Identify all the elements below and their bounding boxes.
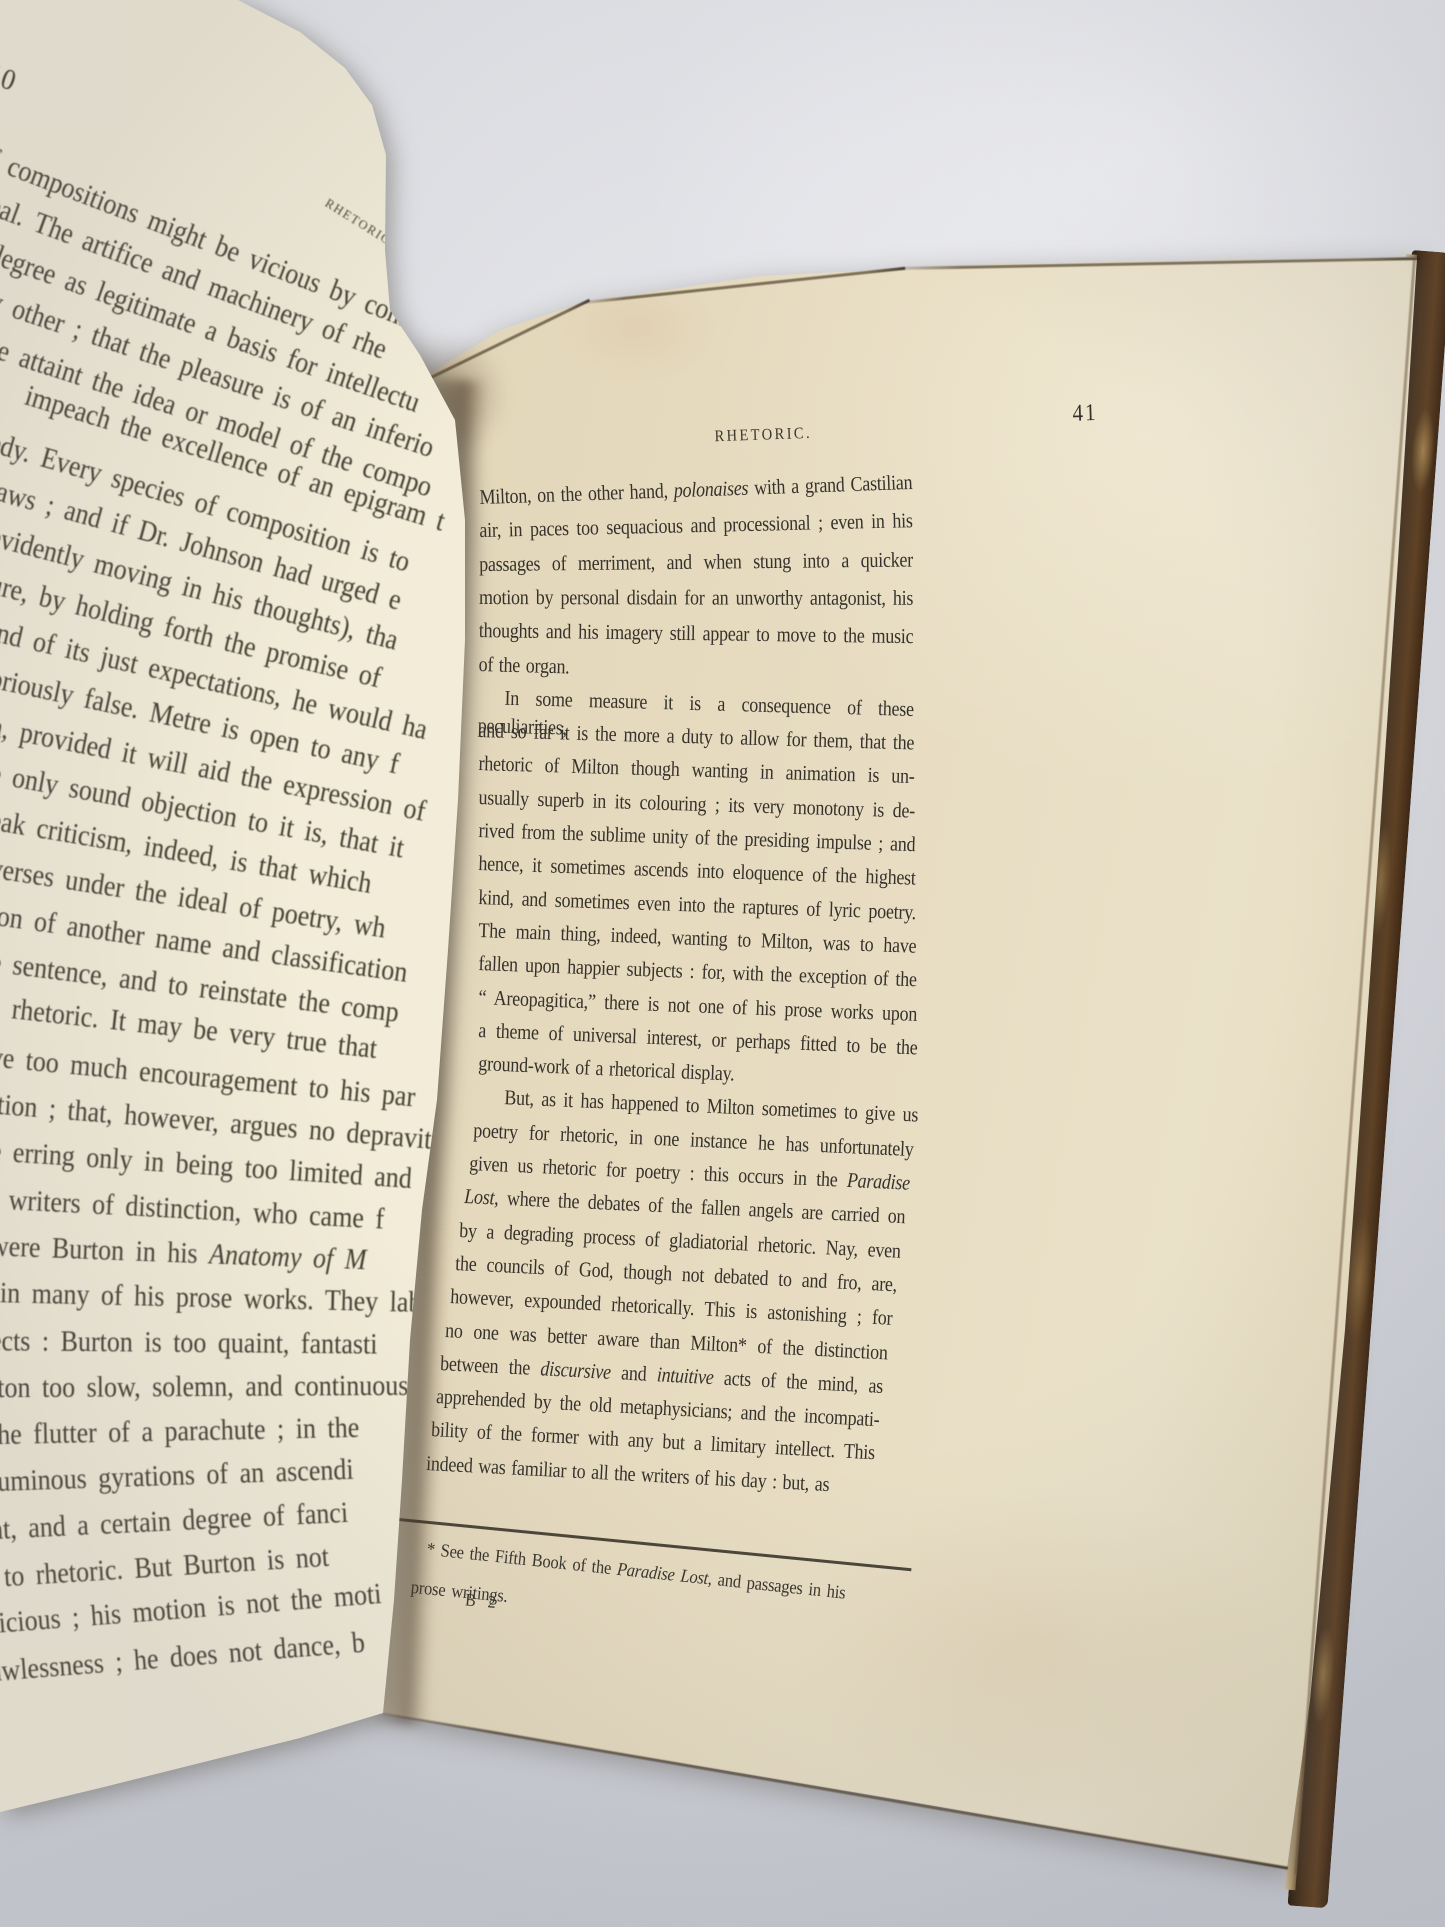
left-page-line: the flutter of a parachute ; in the xyxy=(0,1411,360,1452)
left-page-number: 40 xyxy=(0,56,23,99)
book-photo: RHETORIC. 41 Milton, on the other hand, … xyxy=(0,0,1445,1927)
left-page-line: ects : Burton is too quaint, fantasti xyxy=(0,1324,378,1361)
left-page-wrap: 40 RHETORIC. f compositions might be vic… xyxy=(0,0,1445,1927)
left-page-line: were Burton in his Anatomy of M xyxy=(0,1229,367,1277)
left-page-line: nt, and a certain degree of fanci xyxy=(0,1496,349,1547)
left-running-header: RHETORIC. xyxy=(322,196,398,251)
left-page-line: in many of his prose works. They lab xyxy=(0,1276,422,1319)
left-page: 40 RHETORIC. f compositions might be vic… xyxy=(0,0,1445,1927)
left-page-line: luminous gyrations of an ascendi xyxy=(0,1453,354,1499)
left-page-line: lton too slow, solemn, and continuous xyxy=(0,1369,408,1405)
